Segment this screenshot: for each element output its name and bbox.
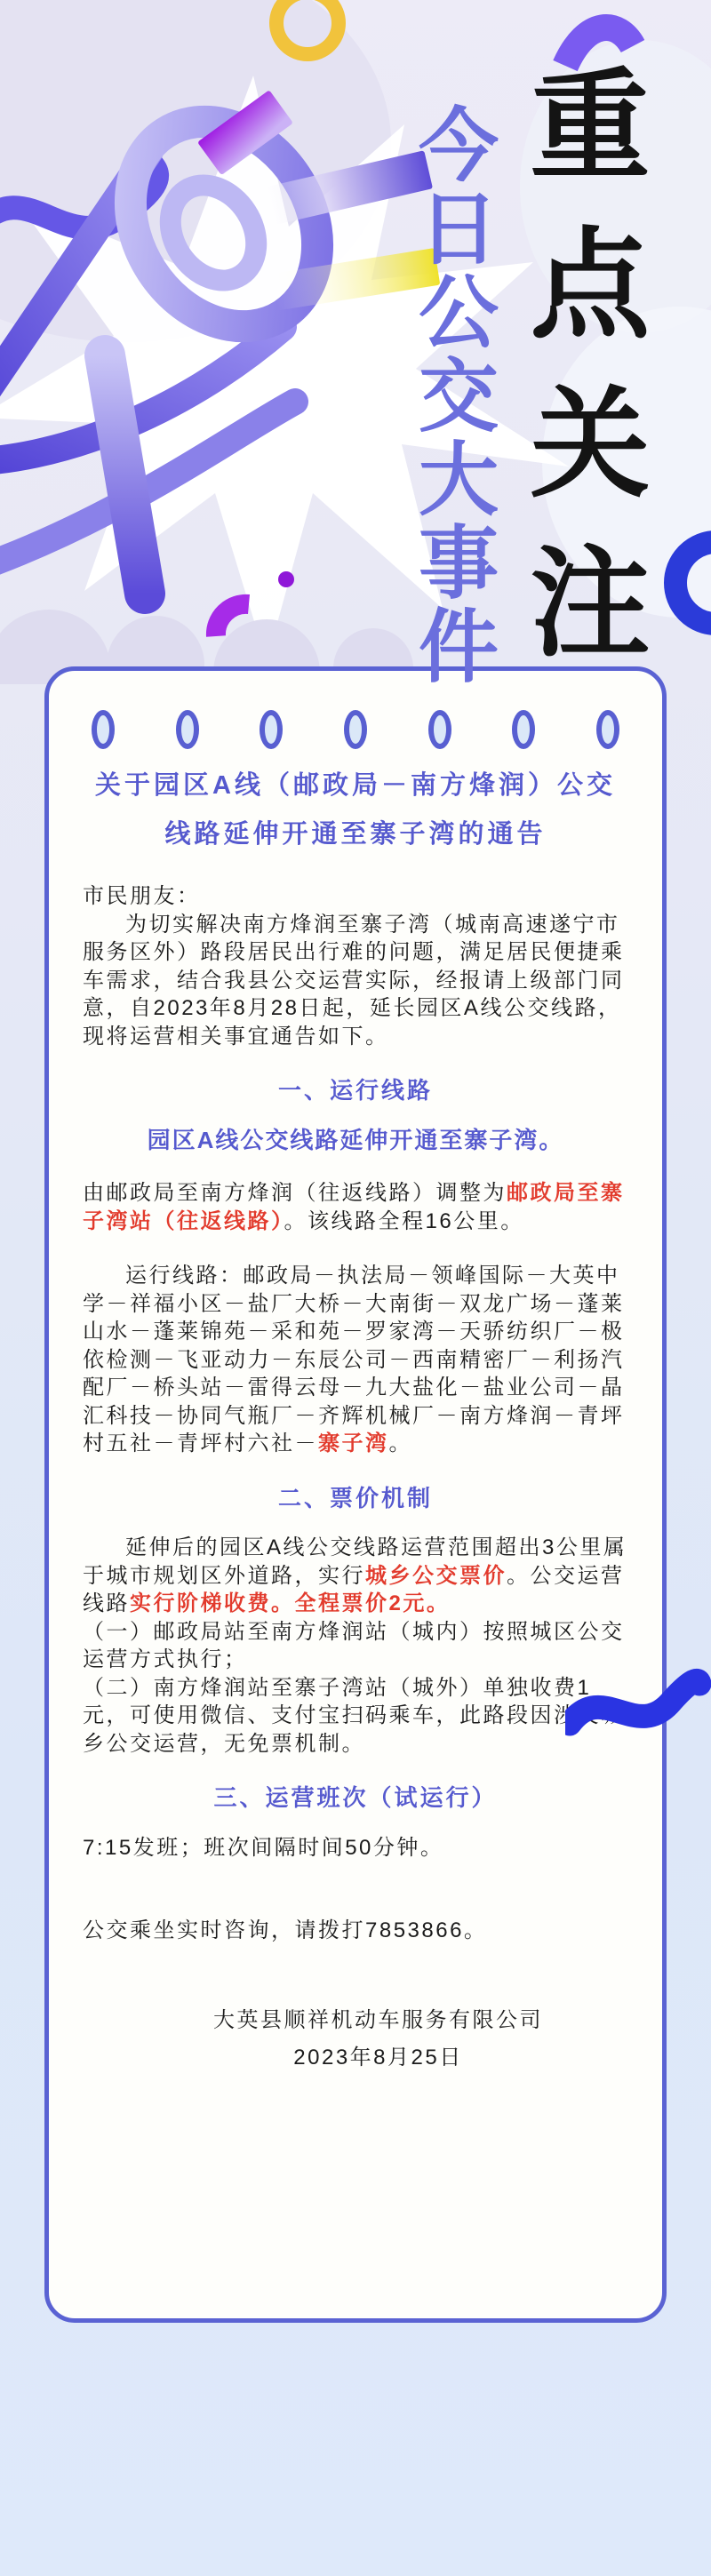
section1-heading: 一、运行线路 (83, 1077, 628, 1105)
signature-company: 大英县顺祥机动车服务有限公司 (213, 2002, 543, 2039)
binder-ring (428, 710, 451, 749)
fare-item-2: （二）南方烽润站至寨子湾站（城外）单独收费1元，可使用微信、支付宝扫码乘车，此路… (83, 1674, 628, 1759)
route-stations: 运行线路：邮政局－执法局－领峰国际－大英中学－祥福小区－盐厂大桥－大南街－双龙广… (83, 1262, 628, 1458)
signature-date: 2023年8月25日 (213, 2039, 543, 2077)
binder-ring (92, 710, 115, 749)
binder-ring (512, 710, 535, 749)
route-adjustment: 由邮政局至南方烽润（往返线路）调整为邮政局至寨子湾站（往返线路）。该线路全程16… (83, 1179, 628, 1235)
binder-ring (176, 710, 199, 749)
magenta-dot (278, 571, 294, 587)
hotline-line: 公交乘坐实时咨询，请拨打7853866。 (83, 1917, 628, 1945)
squiggle-blue (565, 1637, 711, 1742)
headline-vertical: 重点关注 (520, 62, 640, 698)
binder-ring (596, 710, 619, 749)
binder-ring (344, 710, 367, 749)
notice-poster: { "poster": { "vertical_title": "重点关注", … (0, 0, 711, 2576)
notice-card: 关于园区A线（邮政局－南方烽润）公交线路延伸开通至寨子湾的通告 市民朋友： 为切… (44, 666, 667, 2323)
section3-heading: 三、运营班次（试运行） (83, 1784, 628, 1813)
subheadline-vertical: 今日公交大事件 (411, 103, 491, 688)
binder-ring (260, 710, 283, 749)
binder-rings (83, 710, 628, 749)
section2-heading: 二、票价机制 (83, 1485, 628, 1513)
notice-body: 市民朋友： 为切实解决南方烽润至寨子湾（城南高速遂宁市服务区外）路段居民出行难的… (83, 882, 628, 2077)
fare-intro: 延伸后的园区A线公交线路运营范围超出3公里属于城市规划区外道路，实行城乡公交票价… (83, 1534, 628, 1618)
notice-title: 关于园区A线（邮政局－南方烽润）公交线路延伸开通至寨子湾的通告 (83, 762, 628, 859)
section1-highlight: 园区A线公交线路延伸开通至寨子湾。 (83, 1127, 628, 1155)
schedule-line: 7:15发班；班次间隔时间50分钟。 (83, 1834, 628, 1862)
fare-item-1: （一）邮政局站至南方烽润站（城内）按照城区公交运营方式执行； (83, 1618, 628, 1674)
signature-block: 大英县顺祥机动车服务有限公司 2023年8月25日 (213, 2002, 543, 2077)
salutation: 市民朋友： (83, 882, 628, 911)
intro-paragraph: 为切实解决南方烽润至寨子湾（城南高速遂宁市服务区外）路段居民出行难的问题，满足居… (83, 911, 628, 1051)
